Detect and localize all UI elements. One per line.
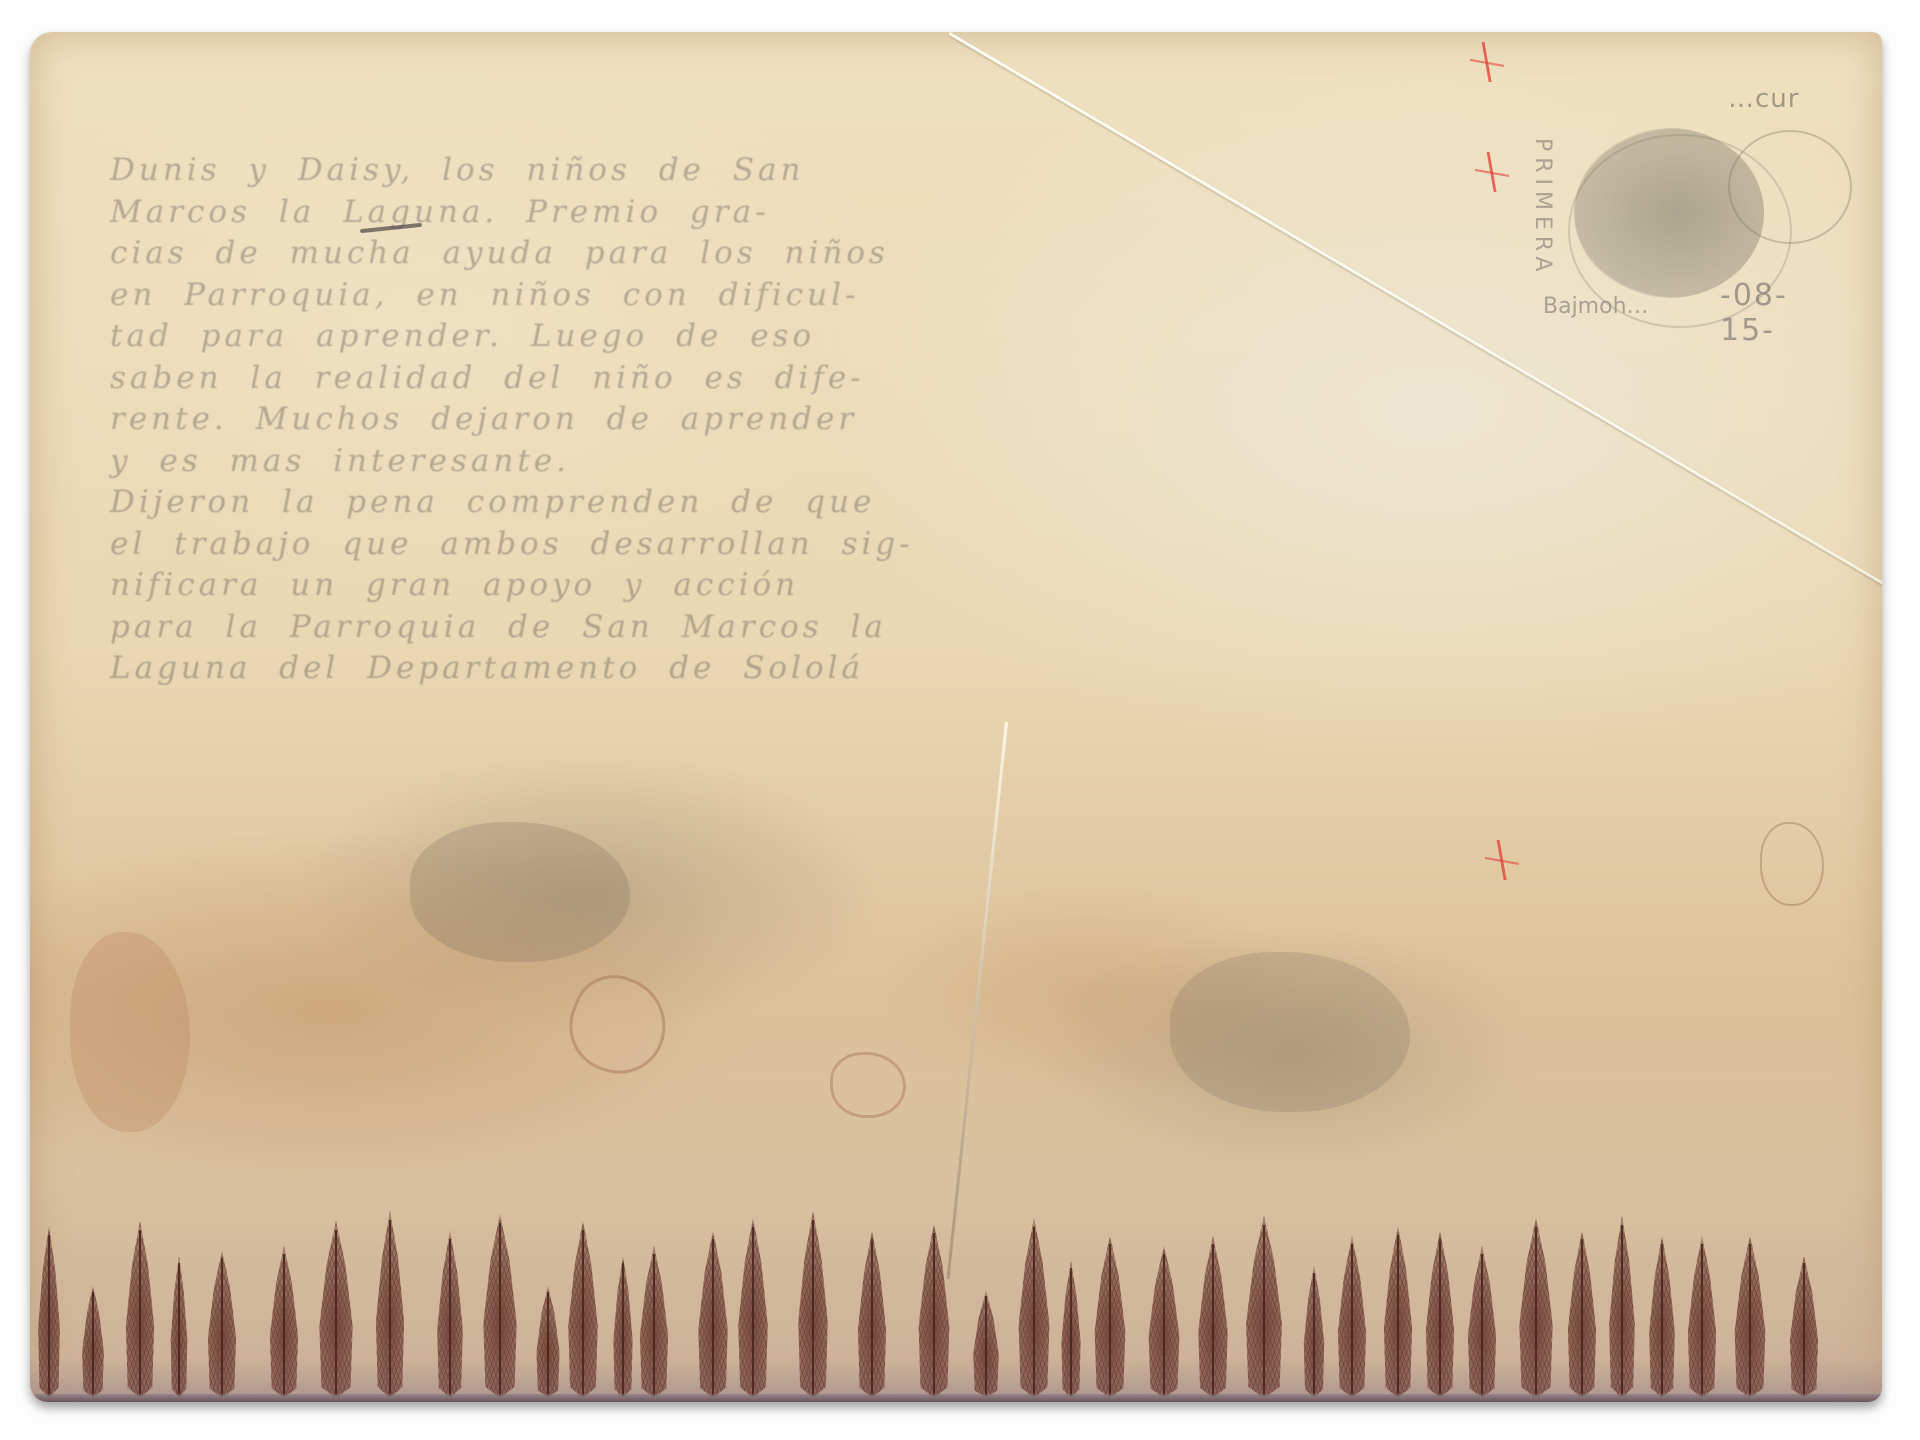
letter-line: y es mas interesante. — [110, 441, 970, 483]
letter-line: Dijeron la pena comprenden de que — [110, 482, 970, 524]
poplar-tree — [1642, 1236, 1682, 1396]
water-stain — [830, 1052, 906, 1118]
poplar-tree — [730, 1218, 776, 1396]
letter-line: Dunis y Daisy, los niños de San — [110, 150, 970, 192]
poplar-tree — [530, 1286, 566, 1396]
poplar-tree — [262, 1246, 306, 1396]
letter-line: rente. Muchos dejaron de aprender — [110, 399, 970, 441]
poplar-tree — [1726, 1236, 1774, 1396]
poplar-tree — [560, 1221, 606, 1396]
letter-line: el trabajo que ambos desarrollan sig- — [110, 524, 970, 566]
postmark-vertical-text: PRIMERA — [1530, 138, 1555, 277]
poplar-tree — [1510, 1218, 1562, 1396]
postmark-top-text: …cur — [1728, 84, 1799, 114]
postmark-location-text: Bajmoh… — [1543, 294, 1649, 319]
letter-line: tad para aprender. Luego de eso — [110, 316, 970, 358]
water-stain — [1760, 822, 1824, 906]
red-ink-mark — [1470, 42, 1504, 82]
red-ink-mark — [1485, 840, 1519, 880]
poplar-tree — [1010, 1218, 1058, 1396]
letter-line: para la Parroquia de San Marcos la — [110, 607, 970, 649]
poplar-tree — [1782, 1256, 1826, 1396]
letter-line: Laguna del Departamento de Sololá — [110, 648, 970, 690]
poplar-tree-row — [30, 1182, 1882, 1402]
poplar-tree — [690, 1231, 736, 1396]
poplar-tree — [474, 1214, 526, 1396]
poplar-tree — [1376, 1226, 1420, 1396]
poplar-tree — [910, 1224, 958, 1396]
postcard: Dunis y Daisy, los niños de San Marcos l… — [30, 32, 1882, 1402]
water-stain — [70, 932, 190, 1132]
handwritten-letter: Dunis y Daisy, los niños de San Marcos l… — [110, 150, 970, 690]
poplar-tree — [966, 1291, 1006, 1396]
letter-line: en Parroquia, en niños con dificul- — [110, 275, 970, 317]
poplar-tree — [850, 1231, 894, 1396]
poplar-tree — [76, 1286, 110, 1396]
poplar-tree — [1560, 1231, 1604, 1396]
poplar-tree — [32, 1226, 66, 1396]
postmark-stamp: …cur PRIMERA Bajmoh… -08-15- — [1538, 88, 1838, 328]
poplar-tree — [310, 1221, 362, 1396]
poplar-tree — [632, 1246, 676, 1396]
poplar-tree — [430, 1231, 470, 1396]
horizon-ground — [30, 1394, 1882, 1402]
poplar-tree — [1140, 1246, 1188, 1396]
letter-line: cias de mucha ayuda para los niños — [110, 233, 970, 275]
postmark-secondary-ring — [1728, 130, 1852, 244]
poplar-tree — [608, 1256, 638, 1396]
poplar-tree — [1056, 1261, 1086, 1396]
letter-line: nificara un gran apoyo y acción — [110, 565, 970, 607]
poplar-tree — [166, 1256, 192, 1396]
poplar-tree — [1418, 1231, 1462, 1396]
letter-line: Marcos la Laguna. Premio gra- — [110, 192, 970, 234]
postmark-date: -08-15- — [1720, 278, 1838, 348]
poplar-tree — [368, 1211, 412, 1396]
poplar-tree — [118, 1221, 162, 1396]
water-stain — [556, 963, 679, 1086]
water-stain — [410, 822, 630, 962]
poplar-tree — [1190, 1236, 1236, 1396]
poplar-tree — [790, 1211, 836, 1396]
poplar-tree — [200, 1251, 244, 1396]
poplar-tree — [1298, 1266, 1330, 1396]
poplar-tree — [1086, 1236, 1134, 1396]
poplar-tree — [1330, 1236, 1374, 1396]
poplar-tree — [1460, 1246, 1504, 1396]
poplar-tree — [1602, 1216, 1642, 1396]
letter-line: saben la realidad del niño es dife- — [110, 358, 970, 400]
red-ink-mark — [1475, 152, 1509, 192]
poplar-tree — [1236, 1216, 1292, 1396]
water-stain — [1170, 952, 1410, 1112]
poplar-tree — [1680, 1236, 1724, 1396]
